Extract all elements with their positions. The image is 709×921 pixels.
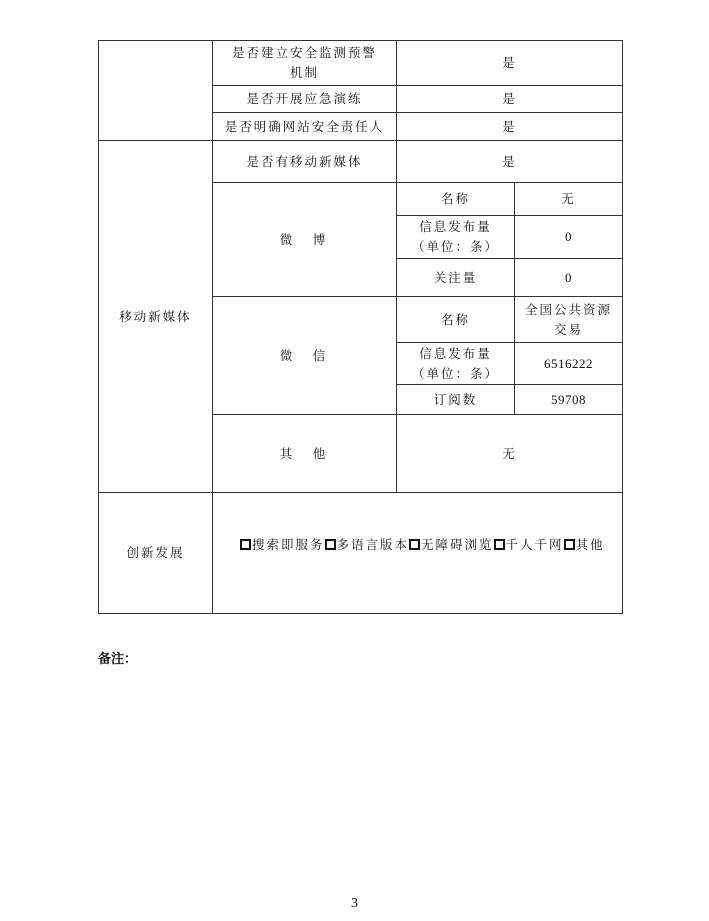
option-personalized[interactable]: 千人千网 — [494, 535, 564, 553]
weibo-followers-label: 关注量 — [397, 259, 514, 296]
option-label: 无障碍浏览 — [421, 535, 494, 553]
other-media-label: 其 他 — [213, 415, 396, 492]
option-label: 其他 — [576, 535, 605, 553]
weibo-followers-value: 0 — [515, 259, 622, 296]
weibo-name-value: 无 — [515, 183, 622, 215]
weixin-label: 微 信 — [213, 297, 396, 414]
option-label: 千人千网 — [506, 535, 564, 553]
option-label: 搜索即服务 — [252, 535, 325, 553]
table-border-bottom — [98, 613, 623, 614]
document-page: 是否建立安全监测预警 机制 是 是否开展应急演练 是 是否明确网站安全责任人 是… — [0, 0, 709, 921]
mobile-media-section-label: 移动新媒体 — [99, 141, 212, 492]
security-responsible-value: 是 — [397, 113, 622, 140]
option-label: 多语言版本 — [337, 535, 410, 553]
innovation-options: 搜索即服务 多语言版本 无障碍浏览 千人千网 其他 — [240, 534, 605, 554]
innovation-section-label: 创新发展 — [99, 493, 212, 613]
checkbox-icon[interactable] — [494, 539, 505, 550]
weibo-label: 微 博 — [213, 183, 396, 296]
label-line: （单位：条） — [412, 364, 499, 384]
weixin-name-value: 全国公共资源 交易 — [515, 297, 622, 342]
weixin-subscribers-value: 59708 — [515, 385, 622, 414]
has-mobile-media-label: 是否有移动新媒体 — [213, 141, 396, 182]
option-accessibility[interactable]: 无障碍浏览 — [409, 535, 494, 553]
label-line: 信息发布量 — [419, 344, 492, 364]
weixin-posts-label: 信息发布量 （单位：条） — [397, 343, 514, 384]
checkbox-icon[interactable] — [325, 539, 336, 550]
security-responsible-label: 是否明确网站安全责任人 — [213, 113, 396, 140]
option-search-as-service[interactable]: 搜索即服务 — [240, 535, 325, 553]
note-label: 备注： — [98, 648, 137, 667]
weibo-posts-label: 信息发布量 （单位：条） — [397, 216, 514, 258]
option-other[interactable]: 其他 — [564, 535, 605, 553]
security-monitoring-value: 是 — [397, 41, 622, 85]
weixin-subscribers-label: 订阅数 — [397, 385, 514, 414]
label-line: 是否建立安全监测预警 — [232, 43, 377, 63]
page-number: 3 — [0, 896, 709, 912]
table-border-right — [622, 40, 623, 614]
checkbox-icon[interactable] — [564, 539, 575, 550]
other-media-value: 无 — [397, 415, 622, 492]
security-monitoring-label: 是否建立安全监测预警 机制 — [213, 41, 396, 85]
emergency-drill-label: 是否开展应急演练 — [213, 86, 396, 112]
option-multilingual[interactable]: 多语言版本 — [325, 535, 410, 553]
label-line: 信息发布量 — [419, 217, 492, 237]
weixin-name-label: 名称 — [397, 297, 514, 342]
checkbox-icon[interactable] — [409, 539, 420, 550]
weibo-name-label: 名称 — [397, 183, 514, 215]
label-line: （单位：条） — [412, 237, 499, 257]
label-line: 机制 — [290, 63, 319, 83]
value-line: 交易 — [554, 320, 583, 340]
checkbox-icon[interactable] — [240, 539, 251, 550]
weibo-posts-value: 0 — [515, 216, 622, 258]
weixin-posts-value: 6516222 — [515, 343, 622, 384]
value-line: 全国公共资源 — [525, 300, 612, 320]
has-mobile-media-value: 是 — [397, 141, 622, 182]
emergency-drill-value: 是 — [397, 86, 622, 112]
